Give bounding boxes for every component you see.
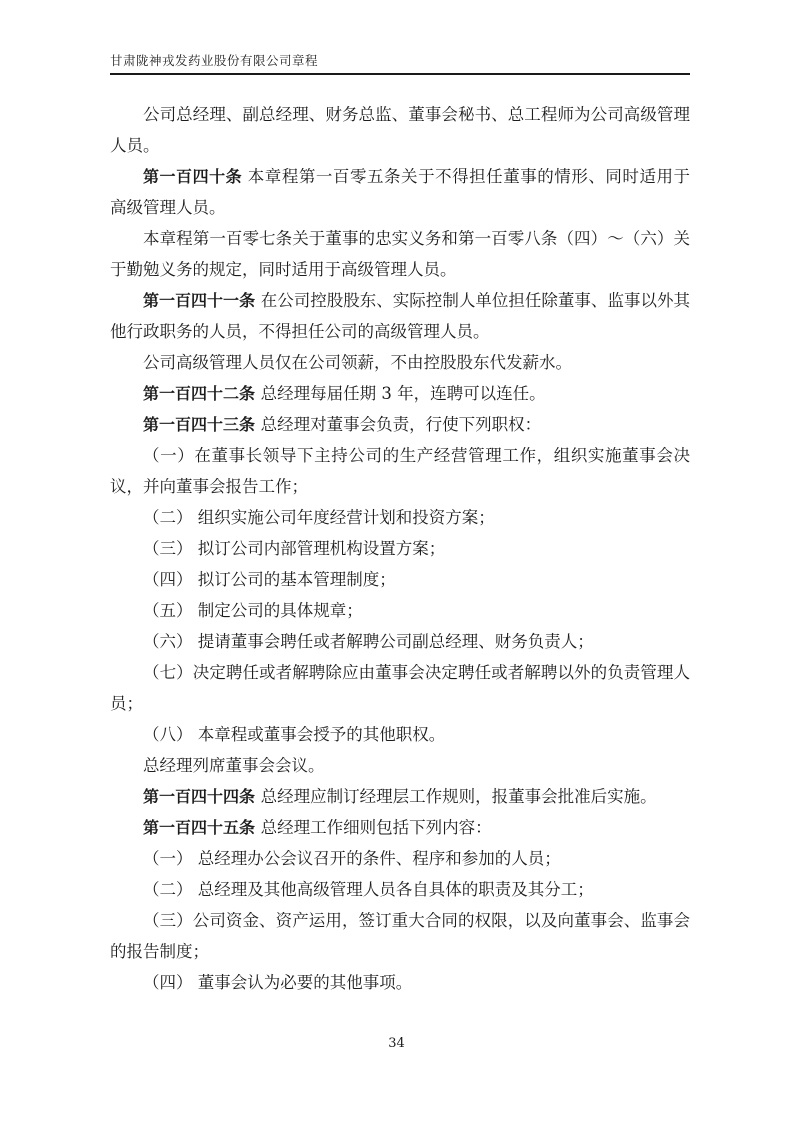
article-number: 第一百四十二条 [143,384,255,403]
article-paragraph: 第一百四十五条总经理工作细则包括下列内容： [110,812,690,843]
article-text: 总经理工作细则包括下列内容： [261,818,492,837]
document-body: 公司总经理、副总经理、财务总监、董事会秘书、总工程师为公司高级管理人员。 第一百… [110,99,690,998]
article-text: 总经理应制订经理层工作规则，报董事会批准后实施。 [261,787,657,806]
list-item: （三）公司资金、资产运用，签订重大合同的权限，以及向董事会、监事会的报告制度； [110,905,690,967]
list-item: （三） 拟订公司内部管理机构设置方案； [110,533,690,564]
article-paragraph: 第一百四十三条总经理对董事会负责，行使下列职权： [110,409,690,440]
page-header: 甘肃陇神戎发药业股份有限公司章程 [110,53,690,75]
page-footer: 34 [0,1036,793,1051]
list-item: （八） 本章程或董事会授予的其他职权。 [110,719,690,750]
paragraph: 公司高级管理人员仅在公司领薪，不由控股股东代发薪水。 [110,347,690,378]
page-number: 34 [388,1036,405,1051]
article-number: 第一百四十五条 [143,818,255,837]
article-number: 第一百四十四条 [143,787,255,806]
article-paragraph: 第一百四十一条在公司控股股东、实际控制人单位担任除董事、监事以外其他行政职务的人… [110,285,690,347]
article-paragraph: 第一百四十条本章程第一百零五条关于不得担任董事的情形、同时适用于高级管理人员。 [110,161,690,223]
list-item: （四） 拟订公司的基本管理制度； [110,564,690,595]
list-item: （一） 总经理办公会议召开的条件、程序和参加的人员； [110,843,690,874]
list-item: （二） 组织实施公司年度经营计划和投资方案； [110,502,690,533]
paragraph: 总经理列席董事会会议。 [110,750,690,781]
list-item: （二） 总经理及其他高级管理人员各自具体的职责及其分工； [110,874,690,905]
article-paragraph: 第一百四十二条总经理每届任期 3 年，连聘可以连任。 [110,378,690,409]
article-paragraph: 第一百四十四条总经理应制订经理层工作规则，报董事会批准后实施。 [110,781,690,812]
list-item: （一）在董事长领导下主持公司的生产经营管理工作，组织实施董事会决议，并向董事会报… [110,440,690,502]
list-item: （七）决定聘任或者解聘除应由董事会决定聘任或者解聘以外的负责管理人员； [110,657,690,719]
list-item: （四） 董事会认为必要的其他事项。 [110,967,690,998]
article-text: 总经理对董事会负责，行使下列职权： [261,415,542,434]
header-title: 甘肃陇神戎发药业股份有限公司章程 [110,53,318,68]
article-number: 第一百四十一条 [143,291,255,310]
list-item: （五） 制定公司的具体规章； [110,595,690,626]
article-number: 第一百四十条 [143,167,242,186]
paragraph: 本章程第一百零七条关于董事的忠实义务和第一百零八条（四）～（六）关于勤勉义务的规… [110,223,690,285]
article-text: 总经理每届任期 3 年，连聘可以连任。 [261,384,546,403]
document-page: 甘肃陇神戎发药业股份有限公司章程 公司总经理、副总经理、财务总监、董事会秘书、总… [0,0,793,1122]
paragraph: 公司总经理、副总经理、财务总监、董事会秘书、总工程师为公司高级管理人员。 [110,99,690,161]
article-number: 第一百四十三条 [143,415,255,434]
list-item: （六） 提请董事会聘任或者解聘公司副总经理、财务负责人； [110,626,690,657]
